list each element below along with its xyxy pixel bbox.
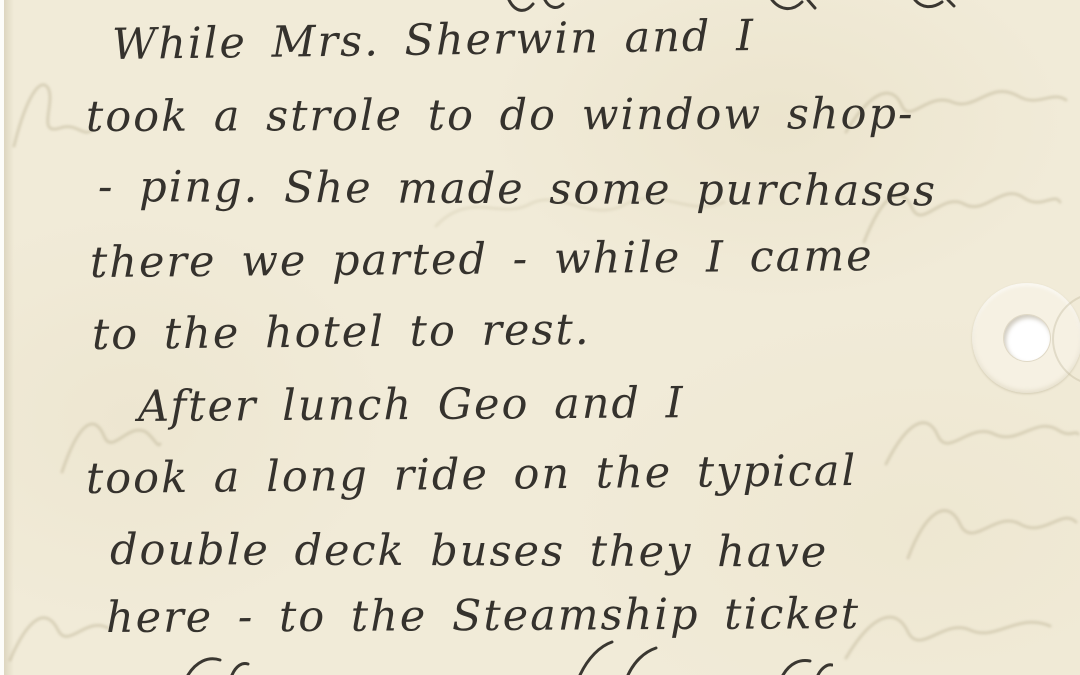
bleedthrough-stroke <box>900 470 1080 580</box>
cutoff-stroke-top <box>505 0 565 18</box>
handwritten-line-7: took a long ride on the typical <box>86 446 858 504</box>
handwritten-line-5: to the hotel to rest. <box>92 305 591 360</box>
handwritten-line-8: double deck buses they have <box>110 525 828 578</box>
hole-punch <box>1004 315 1050 361</box>
cutoff-stroke-bottom <box>182 652 252 675</box>
cutoff-stroke-bottom <box>778 655 833 675</box>
handwritten-line-4: there we parted - while I came <box>90 231 874 288</box>
handwritten-line-3: - ping. She made some purchases <box>98 162 937 216</box>
handwritten-line-9: here - to the Steamship ticket <box>106 589 860 643</box>
handwritten-line-6: After lunch Geo and I <box>138 378 685 432</box>
bleedthrough-stroke <box>6 58 96 158</box>
handwritten-letter-page: While Mrs. Sherwin and I took a strole t… <box>0 0 1080 675</box>
handwritten-line-2: took a strole to do window shop- <box>86 89 915 142</box>
cutoff-stroke-top <box>768 0 818 15</box>
handwritten-line-1: While Mrs. Sherwin and I <box>112 11 756 70</box>
bleedthrough-stroke <box>4 580 114 675</box>
cutoff-stroke-bottom <box>570 640 660 675</box>
bleedthrough-stroke <box>838 580 1058 675</box>
cutoff-stroke-top <box>912 0 957 12</box>
